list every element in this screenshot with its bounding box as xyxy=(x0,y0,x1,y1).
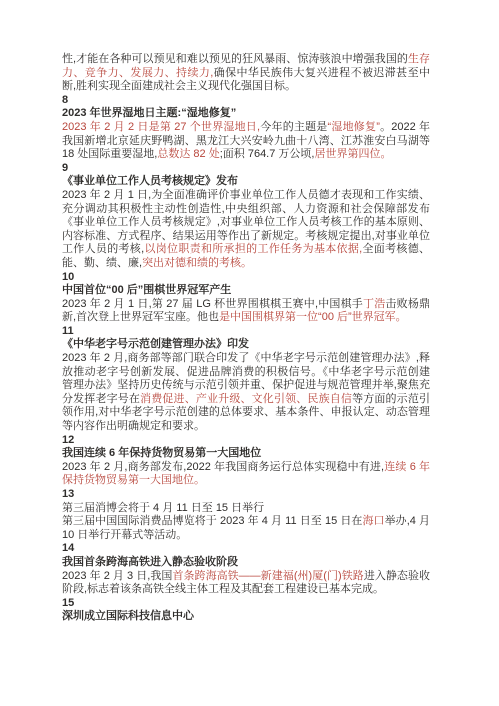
highlighted-text-run: 消费促进、产业升级、文化引领、民族自信 xyxy=(140,393,352,405)
item-number: 11 xyxy=(62,325,430,339)
item-number: 15 xyxy=(62,597,430,611)
text-run: 第三届中国国际消费品博览将于 2023 年 4 月 11 日至 15 日在 xyxy=(62,515,362,527)
item-heading: 深圳成立国际科技信息中心 xyxy=(62,610,430,624)
text-run: 我国连续 6 年保持货物贸易第一大国地位 xyxy=(62,447,261,459)
text-run: 14 xyxy=(62,542,74,554)
text-run: 10 xyxy=(62,271,74,283)
paragraph: 2023 年 2 月,商务部发布,2022 年我国商务运行总体实现稳中有进,连续… xyxy=(62,461,430,488)
item-number: 10 xyxy=(62,271,430,285)
highlighted-text-run: 2023 年 2 月 2 日是第 27 个世界湿地日, xyxy=(62,121,260,133)
item-heading: 中国首位“00 后”围棋世界冠军产生 xyxy=(62,284,430,298)
text-run: 8 xyxy=(62,94,68,106)
text-run: 15 xyxy=(62,597,74,609)
item-heading: 第三届消博会将于 4 月 11 日至 15 日举行 xyxy=(62,502,430,516)
text-run: 深圳成立国际科技信息中心 xyxy=(62,610,194,622)
paragraph: 第三届中国国际消费品博览将于 2023 年 4 月 11 日至 15 日在海口举… xyxy=(62,515,430,542)
paragraph: 性,才能在各种可以预见和难以预见的狂风暴雨、惊涛骇浪中增强我国的生存力、竞争力、… xyxy=(62,53,430,94)
paragraph: 2023 年 2 月 3 日,我国首条跨海高铁——新建福(州)厦(门)铁路进入静… xyxy=(62,570,430,597)
item-number: 8 xyxy=(62,94,430,108)
paragraph: 2023 年 2 月 1 日,第 27 届 LG 杯世界围棋棋王赛中,中国棋手丁… xyxy=(62,298,430,325)
highlighted-text-run: 首条跨海高铁——新建福(州)厦(门)铁路 xyxy=(172,570,363,582)
item-heading: 《中华老字号示范创建管理办法》印发 xyxy=(62,338,430,352)
paragraph: 2023 年 2 月,商务部等部门联合印发了《中华老字号示范创建管理办法》,释放… xyxy=(62,352,430,434)
text-run: 11 xyxy=(62,325,74,337)
text-run: 《事业单位工作人员考核规定》发布 xyxy=(62,175,238,187)
highlighted-text-run: 突出对德和绩的考核。 xyxy=(142,257,252,269)
highlighted-text-run: 丁浩 xyxy=(363,298,385,310)
text-run: 12 xyxy=(62,434,74,446)
highlighted-text-run: “湿地修复” xyxy=(328,121,380,133)
highlighted-text-run: 以岗位职责和所承担的工作任务为基本依据, xyxy=(144,243,362,255)
text-run: 13 xyxy=(62,488,74,500)
item-number: 12 xyxy=(62,434,430,448)
text-run: 2023 年世界湿地日主题:“湿地修复” xyxy=(62,107,236,119)
text-run: ;面积 764.7 万公顷, xyxy=(220,148,315,160)
item-number: 13 xyxy=(62,488,430,502)
text-run: 中国首位“00 后”围棋世界冠军产生 xyxy=(62,284,231,296)
text-run: 2023 年 2 月,商务部发布,2022 年我国商务运行总体实现稳中有进, xyxy=(62,461,384,473)
highlighted-text-run: 居世界第四位。 xyxy=(314,148,391,160)
item-heading: 我国首条跨海高铁进入静态验收阶段 xyxy=(62,556,430,570)
highlighted-text-run: 是中国围棋界第一位“00 后”世界冠军。 xyxy=(219,311,407,323)
item-heading: 2023 年世界湿地日主题:“湿地修复” xyxy=(62,107,430,121)
text-run: 第三届消博会将于 4 月 11 日至 15 日举行 xyxy=(62,502,264,514)
text-run: 今年的主题是 xyxy=(260,121,327,133)
text-run: 《中华老字号示范创建管理办法》印发 xyxy=(62,338,249,350)
text-run: 9 xyxy=(62,162,68,174)
highlighted-text-run: 海口 xyxy=(362,515,384,527)
highlighted-text-run: 总数达 82 处 xyxy=(157,148,219,160)
item-heading: 我国连续 6 年保持货物贸易第一大国地位 xyxy=(62,447,430,461)
paragraph: 2023 年 2 月 2 日是第 27 个世界湿地日,今年的主题是“湿地修复”。… xyxy=(62,121,430,162)
item-heading: 《事业单位工作人员考核规定》发布 xyxy=(62,175,430,189)
text-run: 性,才能在各种可以预见和难以预见的狂风暴雨、惊涛骇浪中增强我国的 xyxy=(62,53,408,65)
text-run: 2023 年 2 月 3 日,我国 xyxy=(62,570,172,582)
text-run: 我国首条跨海高铁进入静态验收阶段 xyxy=(62,556,238,568)
text-run: 2023 年 2 月 1 日,第 27 届 LG 杯世界围棋棋王赛中,中国棋手 xyxy=(62,298,363,310)
page: { "page": { "background": "#ffffff", "te… xyxy=(0,0,499,706)
item-number: 9 xyxy=(62,162,430,176)
paragraph: 2023 年 2 月 1 日,为全面准确评价事业单位工作人员德才表现和工作实绩、… xyxy=(62,189,430,271)
item-number: 14 xyxy=(62,542,430,556)
document-page: 性,才能在各种可以预见和难以预见的狂风暴雨、惊涛骇浪中增强我国的生存力、竞争力、… xyxy=(62,53,430,624)
